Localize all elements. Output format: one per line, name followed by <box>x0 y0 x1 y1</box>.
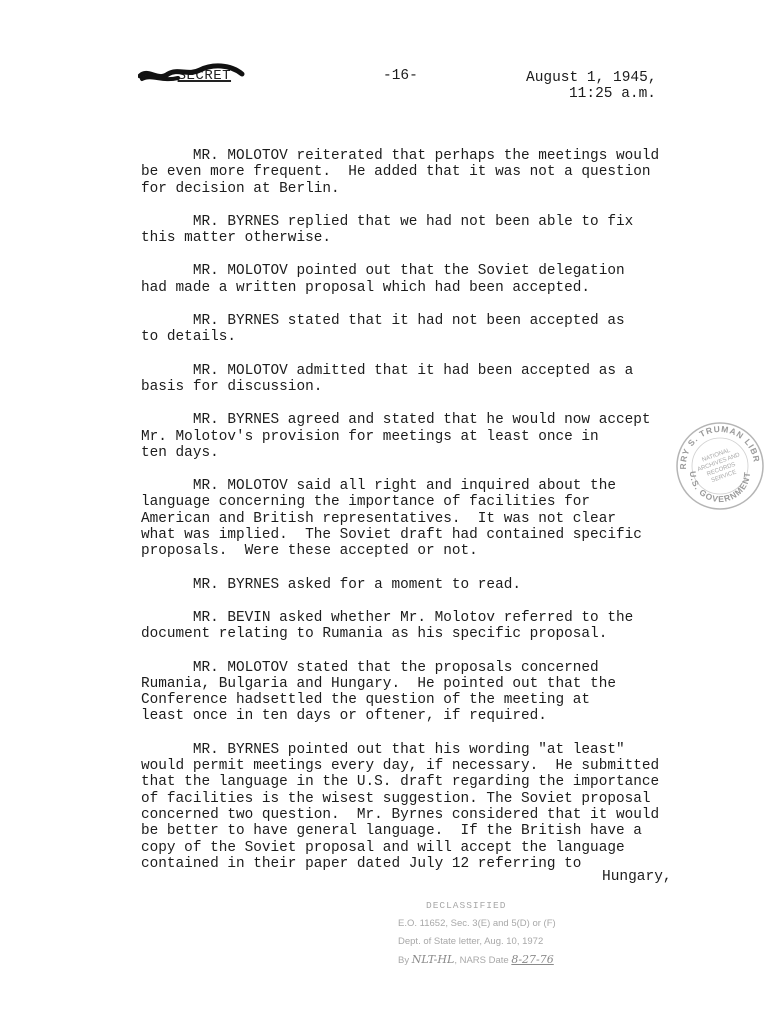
paragraph: MR. BEVIN asked whether Mr. Molotov refe… <box>141 610 721 643</box>
text-line: would permit meetings every day, if nece… <box>141 758 721 774</box>
text-line: MR. MOLOTOV said all right and inquired … <box>141 478 721 494</box>
paragraph: MR. BYRNES replied that we had not been … <box>141 214 721 247</box>
paragraph: MR. MOLOTOV stated that the proposals co… <box>141 660 721 725</box>
text-line: what was implied. The Soviet draft had c… <box>141 527 721 543</box>
document-date: August 1, 1945, 11:25 a.m. <box>526 70 656 102</box>
text-line: MR. BYRNES stated that it had not been a… <box>141 313 721 329</box>
text-line: MR. MOLOTOV reiterated that perhaps the … <box>141 148 721 164</box>
text-line: MR. MOLOTOV stated that the proposals co… <box>141 660 721 676</box>
paragraph: MR. BYRNES stated that it had not been a… <box>141 313 721 346</box>
by-label: By <box>398 955 409 966</box>
text-line: MR. BYRNES pointed out that his wording … <box>141 742 721 758</box>
truman-library-seal-icon: HARRY S. TRUMAN LIBRARY U.S. GOVERNMENT … <box>674 420 766 512</box>
page-number: -16- <box>383 68 418 84</box>
text-line: language concerning the importance of fa… <box>141 494 721 510</box>
text-line: be even more frequent. He added that it … <box>141 164 721 180</box>
text-line: Rumania, Bulgaria and Hungary. He pointe… <box>141 676 721 692</box>
text-line: be better to have general language. If t… <box>141 823 721 839</box>
state-letter-line: Dept. of State letter, Aug. 10, 1972 <box>398 933 598 951</box>
authorization-line: By NLT-HL, NARS Date 8-27-76 <box>398 951 598 970</box>
paragraph: MR. BYRNES pointed out that his wording … <box>141 742 721 872</box>
continuation-word: Hungary, <box>602 869 672 885</box>
document-page: TOP SECRET -16- August 1, 1945, 11:25 a.… <box>0 0 777 1028</box>
nars-date: 8-27-76 <box>511 953 553 966</box>
classification-text: SECRET <box>178 68 231 84</box>
text-line: document relating to Rumania as his spec… <box>141 626 721 642</box>
paragraph: MR. MOLOTOV pointed out that the Soviet … <box>141 263 721 296</box>
by-signature: NLT-HL <box>412 953 455 966</box>
text-line: MR. BEVIN asked whether Mr. Molotov refe… <box>141 610 721 626</box>
text-line: MR. BYRNES agreed and stated that he wou… <box>141 412 721 428</box>
nars-date-label: , NARS Date <box>454 955 508 966</box>
document-body: MR. MOLOTOV reiterated that perhaps the … <box>141 148 721 889</box>
text-line: of facilities is the wisest suggestion. … <box>141 791 721 807</box>
text-line: ten days. <box>141 445 721 461</box>
time-line: 11:25 a.m. <box>526 86 656 102</box>
paragraph: MR. MOLOTOV reiterated that perhaps the … <box>141 148 721 197</box>
text-line: this matter otherwise. <box>141 230 721 246</box>
eo-line: E.O. 11652, Sec. 3(E) and 5(D) or (F) <box>398 915 598 933</box>
declassified-title: DECLASSIFIED <box>398 897 598 915</box>
paragraph: MR. MOLOTOV said all right and inquired … <box>141 478 721 559</box>
classification-marking: TOP SECRET <box>142 68 231 84</box>
text-line: copy of the Soviet proposal and will acc… <box>141 840 721 856</box>
text-line: basis for discussion. <box>141 379 721 395</box>
text-line: had made a written proposal which had be… <box>141 280 721 296</box>
text-line: for decision at Berlin. <box>141 181 721 197</box>
text-line: MR. MOLOTOV pointed out that the Soviet … <box>141 263 721 279</box>
paragraph: MR. BYRNES agreed and stated that he wou… <box>141 412 721 461</box>
text-line: to details. <box>141 329 721 345</box>
text-line: concerned two question. Mr. Byrnes consi… <box>141 807 721 823</box>
text-line: Mr. Molotov's provision for meetings at … <box>141 429 721 445</box>
declassification-stamp: DECLASSIFIED E.O. 11652, Sec. 3(E) and 5… <box>398 897 598 970</box>
text-line: Conference hadsettled the question of th… <box>141 692 721 708</box>
text-line: MR. MOLOTOV admitted that it had been ac… <box>141 363 721 379</box>
text-line: MR. BYRNES asked for a moment to read. <box>141 577 721 593</box>
text-line: that the language in the U.S. draft rega… <box>141 774 721 790</box>
text-line: MR. BYRNES replied that we had not been … <box>141 214 721 230</box>
date-line: August 1, 1945, <box>526 70 656 86</box>
text-line: proposals. Were these accepted or not. <box>141 543 721 559</box>
text-line: least once in ten days or oftener, if re… <box>141 708 721 724</box>
text-line: American and British representatives. It… <box>141 511 721 527</box>
paragraph: MR. MOLOTOV admitted that it had been ac… <box>141 363 721 396</box>
paragraph: MR. BYRNES asked for a moment to read. <box>141 577 721 593</box>
